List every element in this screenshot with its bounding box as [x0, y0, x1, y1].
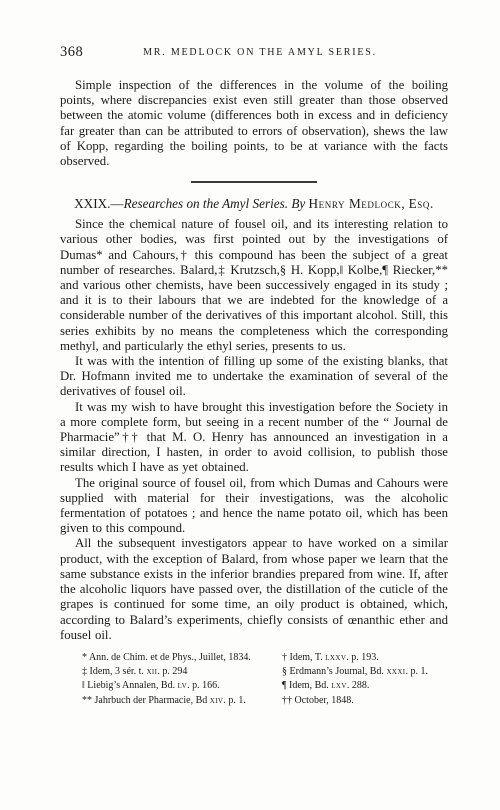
footnote-text: †† October, 1848.	[282, 695, 354, 706]
footnote-roman-numeral: lv	[178, 680, 188, 691]
footnote-text: ** Jahrbuch der Pharmacie, Bd	[82, 695, 210, 706]
footnote-line: ** Jahrbuch der Pharmacie, Bd xiv. p. 1.	[82, 694, 282, 708]
footnote-roman-numeral: xii	[146, 666, 157, 677]
footnote-text: . p. 193.	[346, 652, 379, 663]
footnote-roman-numeral: lxxv	[325, 652, 346, 663]
footnote-line: ¶ Idem, Bd. lxv. 288.	[282, 679, 448, 693]
footnote-text: ¶ Idem, Bd.	[282, 680, 331, 691]
footnote-line: * Ann. de Chim. et de Phys., Juillet, 18…	[82, 651, 282, 665]
footnote-roman-numeral: xiv	[210, 695, 224, 706]
article-paragraph: It was with the intention of filling up …	[60, 354, 448, 400]
article-by-label: By	[291, 196, 305, 211]
article-paragraph: The original source of fousel oil, from …	[60, 476, 448, 537]
footnote-text: * Ann. de Chim. et de Phys., Juillet, 18…	[82, 652, 251, 663]
footnote-column-left: * Ann. de Chim. et de Phys., Juillet, 18…	[60, 651, 282, 708]
journal-page: 368 MR. MEDLOCK ON THE AMYL SERIES. Simp…	[0, 0, 500, 810]
footnote-column-right: † Idem, T. lxxv. p. 193. § Erdmann’s Jou…	[282, 651, 448, 708]
footnote-line: † Idem, T. lxxv. p. 193.	[282, 651, 448, 665]
page-header: 368 MR. MEDLOCK ON THE AMYL SERIES.	[60, 44, 448, 61]
article-author-suffix: Esq.	[409, 196, 434, 211]
article-number: XXIX.—	[74, 196, 123, 211]
footnote-line: ‡ Idem, 3 sér. t. xii. p. 294	[82, 665, 282, 679]
footnote-line: †† October, 1848.	[282, 694, 448, 708]
footnote-text: ‡ Idem, 3 sér. t.	[82, 666, 146, 677]
page-number: 368	[60, 44, 83, 61]
article-title: Researches on the Amyl Series.	[124, 196, 288, 211]
footnote-text: . p. 1.	[406, 666, 429, 677]
footnote-line: ‖ Liebig’s Annalen, Bd. lv. p. 166.	[82, 679, 282, 693]
article-author: Henry Medlock,	[309, 196, 406, 211]
running-title: MR. MEDLOCK ON THE AMYL SERIES.	[60, 44, 448, 61]
intro-paragraph: Simple inspection of the differences in …	[60, 78, 448, 169]
article-paragraph: Since the chemical nature of fousel oil,…	[60, 217, 448, 354]
article-paragraph: It was my wish to have brought this inve…	[60, 400, 448, 476]
footnote-roman-numeral: xxxi	[386, 666, 405, 677]
footnote-text: † Idem, T.	[282, 652, 325, 663]
article-paragraph: All the subsequent investigators appear …	[60, 536, 448, 642]
section-divider-rule	[191, 181, 317, 183]
article-body: Since the chemical nature of fousel oil,…	[60, 217, 448, 643]
footnote-text: . 288.	[347, 680, 370, 691]
article-heading: XXIX.—Researches on the Amyl Series. By …	[60, 195, 448, 213]
footnote-text: . p. 166.	[187, 680, 220, 691]
footnote-roman-numeral: lxv	[331, 680, 347, 691]
footnotes: * Ann. de Chim. et de Phys., Juillet, 18…	[60, 651, 448, 708]
footnote-text: § Erdmann’s Journal, Bd.	[282, 666, 386, 677]
footnote-text: ‖ Liebig’s Annalen, Bd.	[82, 680, 178, 691]
footnote-line: § Erdmann’s Journal, Bd. xxxi. p. 1.	[282, 665, 448, 679]
footnote-text: . p. 1.	[223, 695, 246, 706]
footnote-text: . p. 294	[157, 666, 187, 677]
